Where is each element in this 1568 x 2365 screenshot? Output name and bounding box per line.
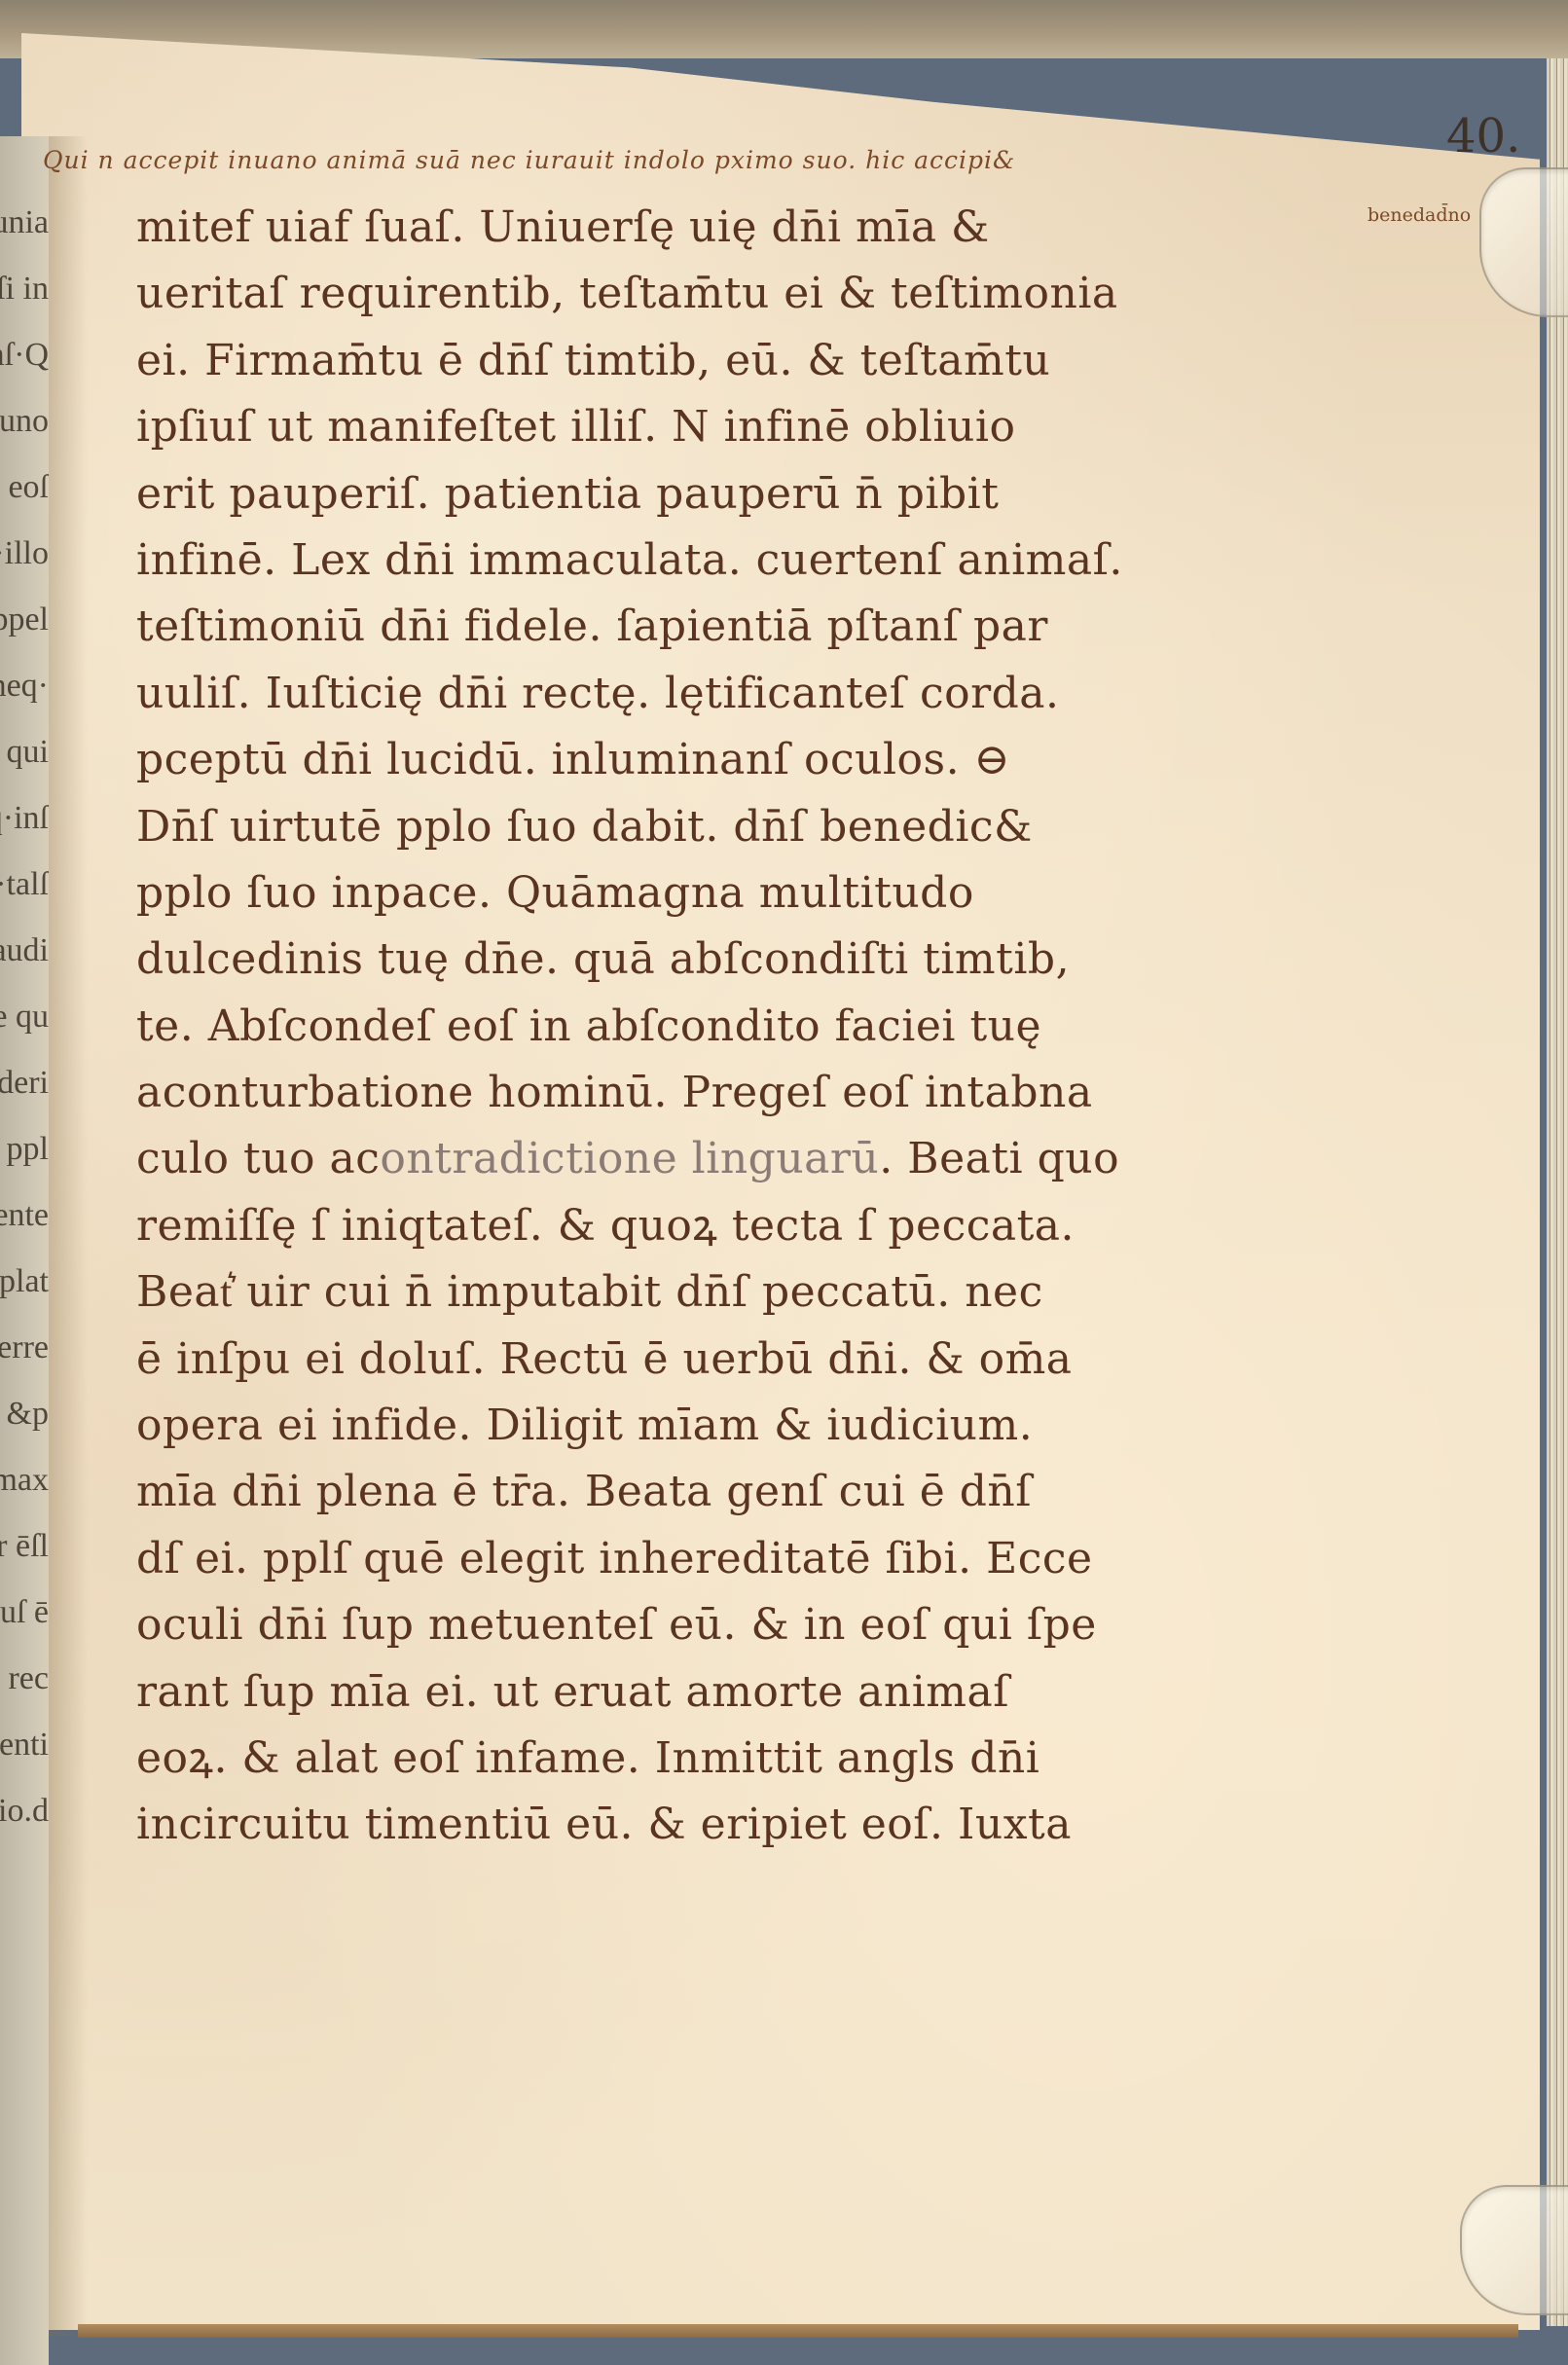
previous-page-fragment: uuno	[0, 403, 49, 440]
text-line: Dn̄ſ uirtutē pplo ſuo dabit. dn̄ſ benedi…	[136, 794, 1333, 860]
text-line: ē inſpu ei doluſ. Rectū ē uerbū dn̄i. & …	[136, 1327, 1333, 1393]
text-line: ueritaſ requirentib, teſtam̄tu ei & teſt…	[136, 261, 1333, 327]
text-line: Beat͛ uir cui n̄ imputabit dn̄ſ peccatū.…	[136, 1259, 1333, 1326]
previous-page-fragment: ſ·illo	[0, 535, 49, 572]
text-line: aconturbatione hominū. Pregeſ eoſ intabn…	[136, 1060, 1333, 1126]
folio-number: 40.	[1446, 109, 1520, 164]
previous-page-sliver: uniaſi innſ·Quunoa eoſſ·illoappele·neq·o…	[0, 136, 49, 2365]
previous-page-fragment: oriuſ ē	[0, 1594, 49, 1631]
text-line: dſ ei. pplſ quē elegit inhereditatē ſibi…	[136, 1526, 1333, 1592]
fore-edge	[1547, 58, 1568, 2326]
text-line: ipſiuſ ut manifeſtet illiſ. N infinē obl…	[136, 394, 1333, 460]
margin-gloss: benedad̄no	[1367, 204, 1471, 226]
previous-page-fragment: & max	[0, 1462, 49, 1499]
text-line: oculi dn̄i ſup metuenteſ eū. & in eoſ qu…	[136, 1592, 1333, 1658]
top-rubric-line: Qui n accepit inuano animā suā nec iurau…	[43, 146, 1425, 174]
text-line: dulcedinis tuę dn̄e. quā abſcondiſti tim…	[136, 927, 1333, 993]
previous-page-fragment: Laudi	[0, 932, 49, 969]
text-line: pceptū dn̄i lucidū. inluminanſ oculos. ⊖	[136, 727, 1333, 793]
faded-text-segment: ontradictione linguarū	[380, 1134, 879, 1183]
text-line: remiſſę ſ iniqtateſ. & quoꝝ tecta ſ pecc…	[136, 1193, 1333, 1259]
previous-page-fragment: iſ plat	[0, 1263, 49, 1300]
text-line: infinē. Lex dn̄i immaculata. cuertenſ an…	[136, 528, 1333, 594]
text-line: pplo ſuo inpace. Quāmagna multitudo	[136, 860, 1333, 927]
previous-page-fragment: appel	[0, 601, 49, 638]
previous-page-fragment: uideri	[0, 1065, 49, 1102]
previous-page-fragment: cio.d	[0, 1793, 49, 1830]
previous-page-fragment: ·talſ	[0, 866, 49, 903]
text-line-with-faded-segment: culo tuo acontradictione linguarū. Beati…	[136, 1126, 1333, 1192]
text-line: te. Abſcondeſ eoſ in abſcondito faciei t…	[136, 994, 1333, 1060]
text-segment: culo tuo ac	[136, 1134, 380, 1183]
bottom-edge	[78, 2324, 1518, 2338]
previous-page-fragment: ſ & rec	[0, 1660, 49, 1697]
text-line: rant ſup mīa ei. ut eruat amorte animaſ	[136, 1659, 1333, 1726]
text-line: opera ei infide. Diligit mīam & iudicium…	[136, 1393, 1333, 1459]
text-line: erit pauperiſ. patientia pauperū n̄ pibi…	[136, 461, 1333, 528]
previous-page-fragment: ſq·inſ	[0, 800, 49, 837]
text-line: incircuitu timentiū eū. & eripiet eoſ. I…	[136, 1792, 1333, 1858]
text-line: eoꝝ. & alat eoſ infame. Inmittit angls d…	[136, 1726, 1333, 1792]
previous-page-fragment: itente	[0, 1197, 49, 1234]
previous-page-fragment: oſ qui	[0, 734, 49, 771]
text-line: mitef uiaf ſuaſ. Uniuerſę uię dn̄i mīa &	[136, 195, 1333, 261]
previous-page-fragment: quenti	[0, 1727, 49, 1764]
previous-page-fragment: ior ēſl	[0, 1528, 49, 1565]
previous-page-fragment: ſi in	[0, 271, 49, 308]
text-segment: . Beati quo	[879, 1134, 1119, 1183]
text-line: uuliſ. Iuſticię dn̄i rectę. lętificanteſ…	[136, 661, 1333, 727]
text-line: mīa dn̄i plena ē tr̄a. Beata genſ cui ē …	[136, 1459, 1333, 1525]
previous-page-fragment: que &p	[0, 1396, 49, 1433]
previous-page-fragment: a eoſ	[0, 469, 49, 506]
previous-page-fragment: ate qu	[0, 999, 49, 1036]
previous-page-fragment: terre	[0, 1329, 49, 1366]
text-line: teſtimoniū dn̄i fidele. ſapientiā pſtanſ…	[136, 594, 1333, 660]
previous-page-fragment: iſ ppl	[0, 1131, 49, 1168]
text-line: ei. Firmam̄tu ē dn̄ſ timtib, eū. & teſta…	[136, 328, 1333, 394]
main-text-block: mitef uiaf ſuaſ. Uniuerſę uię dn̄i mīa &…	[136, 195, 1333, 1859]
gutter-shadow	[49, 136, 88, 2336]
previous-page-fragment: unia	[0, 204, 49, 241]
previous-page-fragment: e·neq·	[0, 668, 49, 705]
previous-page-fragment: nſ·Q	[0, 337, 49, 374]
